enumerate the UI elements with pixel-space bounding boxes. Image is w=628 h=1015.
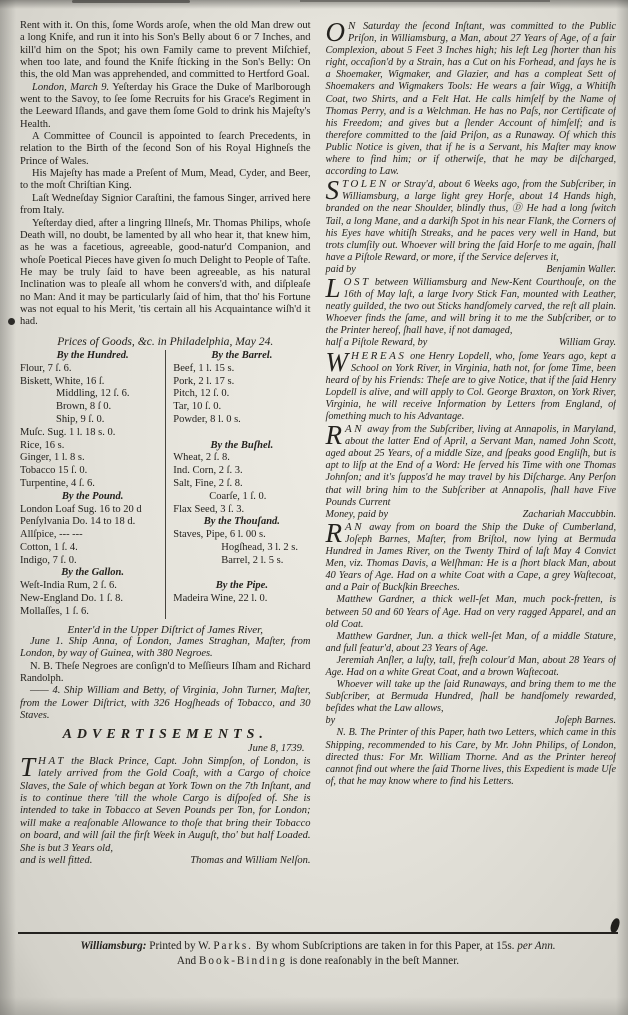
notice-text: N. B. The Printer of this Paper, hath tw… [326, 727, 617, 786]
price-text: Turpentine, 4 ſ. 6. [20, 478, 95, 489]
ship-entry-text: N. B. Theſe Negroes are conſign'd to Meſ… [20, 661, 311, 684]
price-text: By the Hundred. [57, 350, 129, 361]
news-text: Laſt Wedneſday Signior Caraſtini, the fa… [20, 193, 311, 216]
news-text: Yeſterday died, after a lingring Illneſs… [20, 218, 311, 328]
entered-heading: Enter'd in the Upper Diſtrict of James R… [20, 624, 311, 636]
ship-entries: June 1. Ship Anna, of London, James Stra… [20, 636, 311, 722]
ship-entry: —— 4. Ship William and Betty, of Virgini… [20, 685, 311, 722]
prices-heading: Prices of Goods, &c. in Philadelphia, Ma… [20, 336, 311, 348]
price-text: Tobacco 15 ſ. 0. [20, 465, 87, 476]
price-text: Biskett, White, 16 ſ. [20, 376, 104, 387]
drop-capital: T [20, 755, 38, 778]
price-text: Staves, Pipe, 6 l. 00 s. [173, 529, 265, 540]
news-paragraph: His Majeſty has made a Preſent of Mum, M… [20, 168, 311, 193]
price-text: By the Pound. [62, 491, 124, 502]
ship-entry-text: June 1. Ship Anna, of London, James Stra… [20, 636, 311, 659]
price-row: By the Gallon. [20, 567, 165, 580]
price-row: By the Barrel. [173, 350, 310, 363]
ship-entry-text: —— 4. Ship William and Betty, of Virgini… [20, 685, 311, 721]
notice-paragraph: RAN away from the Subſcriber, living at … [326, 423, 617, 521]
footer-rule [18, 932, 618, 934]
price-row: Biskett, White, 16 ſ. [20, 376, 165, 389]
price-row: Penſylvania Do. 14 to 18 d. [20, 516, 165, 529]
price-text: Hogſhead, 3 l. 2 s. [221, 542, 298, 553]
ink-dot [8, 318, 15, 325]
drop-capital: O [326, 20, 349, 43]
price-text: Wheat, 2 ſ. 8. [173, 452, 230, 463]
price-row: Allſpice, --- --- [20, 529, 165, 542]
signature-line: Money, paid byZachariah Maccubbin. [326, 509, 617, 521]
advertisement-paragraph: THAT the Black Prince, Capt. John Simpſo… [20, 755, 311, 867]
notice-text: Matthew Gardner, Jun. a thick well-ſet M… [326, 631, 617, 654]
notice-text: away from the Subſcriber, living at Anna… [326, 424, 617, 508]
price-text: London Loaf Sug. 16 to 20 d [20, 504, 142, 515]
price-row: Tar, 10 ſ. 0. [173, 401, 310, 414]
price-row: New-England Do. 1 ſ. 8. [20, 593, 165, 606]
notice-text: Jeremiah Anſler, a luſty, tall, freſh co… [326, 655, 617, 678]
ship-entry: N. B. Theſe Negroes are conſign'd to Meſ… [20, 661, 311, 686]
price-row: Ginger, 1 l. 8 s. [20, 452, 165, 465]
imprint-text: By whom Subſcriptions are taken in for t… [256, 940, 515, 952]
price-row: Brown, 8 ſ 0. [20, 401, 165, 414]
price-row: By the Thouſand. [173, 516, 310, 529]
notice-paragraph: STOLEN or Stray'd, about 6 Weeks ago, fr… [326, 178, 617, 276]
dateline: London, March 9. [32, 82, 109, 93]
price-text: Powder, 8 l. 0 s. [173, 414, 241, 425]
imprint-line-1: Williamsburg: Printed by W. Parks. By wh… [18, 939, 618, 954]
price-text: By the Gallon. [61, 567, 124, 578]
price-row: Beef, 1 l. 15 s. [173, 363, 310, 376]
advertisement-text: the Black Prince, Capt. John Simpſon, of… [20, 756, 311, 853]
price-row: Barrel, 2 l. 5 s. [173, 555, 310, 568]
prices-table: By the Hundred. Flour, 7 ſ. 6. Biskett, … [20, 350, 311, 619]
signature-name: Thomas and William Nelſon. [190, 855, 310, 867]
imprint-text: is done reaſonably in the beſt Manner. [290, 955, 459, 967]
news-paragraph: London, March 9. Yeſterday his Grace the… [20, 82, 311, 131]
left-column: Rent with it. On this, ſome Words aroſe,… [20, 20, 311, 932]
price-row: Ind. Corn, 2 ſ. 3. [173, 465, 310, 478]
price-row: Tobacco 15 ſ. 0. [20, 465, 165, 478]
price-row: By the Buſhel. [173, 440, 310, 453]
price-text: Rice, 16 s. [20, 440, 64, 451]
price-text: Penſylvania Do. 14 to 18 d. [20, 516, 135, 527]
price-row: Flour, 7 ſ. 6. [20, 363, 165, 376]
notice-text: Saturday the ſecond Inſtant, was committ… [326, 21, 617, 177]
advertisements-heading: ADVERTISEMENTS. [20, 729, 311, 741]
price-text: Ship, 9 ſ. 0. [56, 414, 104, 425]
price-text: Allſpice, --- --- [20, 529, 83, 540]
price-row: Coarſe, 1 ſ. 0. [173, 491, 310, 504]
price-text: By the Pipe. [216, 580, 268, 591]
price-row: Mollaſſes, 1 ſ. 6. [20, 606, 165, 619]
price-row: Pitch, 12 ſ. 0. [173, 388, 310, 401]
price-row: Ship, 9 ſ. 0. [20, 414, 165, 427]
price-text: Salt, Fine, 2 ſ. 8. [173, 478, 242, 489]
news-paragraph: A Committee of Council is appointed to ſ… [20, 131, 311, 168]
price-text: Indigo, 7 ſ. 0. [20, 555, 77, 566]
notices-section: ON Saturday the ſecond Inſtant, was comm… [326, 20, 617, 788]
signature-name: William Gray. [559, 337, 616, 349]
notice-text: away from on board the Ship the Duke of … [326, 522, 617, 593]
price-text: Flax Seed, 3 ſ. 3. [173, 504, 244, 515]
imprint-text: Printed by W. [149, 940, 210, 952]
price-text: Weſt-India Rum, 2 ſ. 6. [20, 580, 117, 591]
signature-left: by [326, 715, 336, 727]
signature-name: Benjamin Waller. [546, 264, 616, 276]
notice-text: Matthew Gardner, a thick well-ſet Man, m… [326, 594, 617, 629]
body-columns: Rent with it. On this, ſome Words aroſe,… [20, 20, 616, 932]
signature-line: byJoſeph Barnes. [326, 715, 617, 727]
price-text: Coarſe, 1 ſ. 0. [209, 491, 266, 502]
opener-word: AN [345, 521, 364, 533]
price-row: Powder, 8 l. 0 s. [173, 414, 310, 427]
news-paragraph: Yeſterday died, after a lingring Illneſs… [20, 218, 311, 329]
scan-artifact-top-left [72, 0, 190, 3]
price-row: By the Pound. [20, 491, 165, 504]
opener-word: HEREAS [351, 350, 406, 362]
prices-right-subcolumn: By the Barrel. Beef, 1 l. 15 s. Pork, 2 … [165, 350, 310, 619]
imprint: Williamsburg: Printed by W. Parks. By wh… [18, 939, 618, 968]
price-text: Brown, 8 ſ 0. [56, 401, 111, 412]
price-text: Ginger, 1 l. 8 s. [20, 452, 85, 463]
signature-line: paid byBenjamin Waller. [326, 264, 617, 276]
price-text: Madeira Wine, 22 l. 0. [173, 593, 267, 604]
imprint-per-ann: per Ann. [517, 940, 555, 952]
price-row: Middling, 12 ſ. 6. [20, 388, 165, 401]
news-text: Rent with it. On this, ſome Words aroſe,… [20, 20, 311, 80]
imprint-line-2: And Book-Binding is done reaſonably in t… [18, 954, 618, 969]
notice-paragraph: N. B. The Printer of this Paper, hath tw… [326, 727, 617, 787]
price-row: By the Pipe. [173, 580, 310, 593]
prices-left-subcolumn: By the Hundred. Flour, 7 ſ. 6. Biskett, … [20, 350, 165, 619]
price-text: Mollaſſes, 1 ſ. 6. [20, 606, 89, 617]
price-row: Pork, 2 l. 17 s. [173, 376, 310, 389]
price-row: By the Hundred. [20, 350, 165, 363]
signature-line: half a Piſtole Reward, byWilliam Gray. [326, 337, 617, 349]
price-text: Flour, 7 ſ. 6. [20, 363, 72, 374]
notice-paragraph: ON Saturday the ſecond Inſtant, was comm… [326, 20, 617, 178]
price-row [173, 427, 310, 440]
news-section: Rent with it. On this, ſome Words aroſe,… [20, 20, 311, 329]
price-text: Pitch, 12 ſ. 0. [173, 388, 229, 399]
price-text: Cotton, 1 ſ. 4. [20, 542, 78, 553]
news-text: A Committee of Council is appointed to ſ… [20, 131, 311, 167]
price-row: Madeira Wine, 22 l. 0. [173, 593, 310, 606]
news-paragraph: Laſt Wedneſday Signior Caraſtini, the fa… [20, 193, 311, 218]
drop-capital: L [326, 276, 344, 299]
notice-paragraph: Matthew Gardner, a thick well-ſet Man, m… [326, 594, 617, 630]
signature-left: and is well fitted. [20, 855, 92, 867]
price-text: By the Buſhel. [211, 440, 274, 451]
notice-paragraph: Jeremiah Anſler, a luſty, tall, freſh co… [326, 655, 617, 679]
drop-capital: R [326, 521, 346, 544]
signature-left: paid by [326, 264, 356, 276]
drop-capital: W [326, 350, 352, 373]
price-row: Rice, 16 s. [20, 440, 165, 453]
drop-capital: R [326, 423, 346, 446]
imprint-block: Williamsburg: Printed by W. Parks. By wh… [18, 932, 618, 968]
price-row: Weſt-India Rum, 2 ſ. 6. [20, 580, 165, 593]
price-row: Cotton, 1 ſ. 4. [20, 542, 165, 555]
opener-word: N [348, 20, 358, 32]
right-column: ON Saturday the ſecond Inſtant, was comm… [326, 20, 617, 932]
price-text: Pork, 2 l. 17 s. [173, 376, 234, 387]
news-text: His Majeſty has made a Preſent of Mum, M… [20, 168, 311, 191]
notice-text: or Stray'd, about 6 Weeks ago, from the … [326, 179, 617, 263]
price-text: Tar, 10 ſ. 0. [173, 401, 221, 412]
price-row: Muſc. Sug. 1 l. 18 s. 0. [20, 427, 165, 440]
price-text: Muſc. Sug. 1 l. 18 s. 0. [20, 427, 115, 438]
price-row [173, 567, 310, 580]
price-text: Barrel, 2 l. 5 s. [221, 555, 283, 566]
notice-text: Whoever will take up the ſaid Runaways, … [326, 679, 617, 714]
price-row: Indigo, 7 ſ. 0. [20, 555, 165, 568]
notice-paragraph: LOST between Williamsburg and New-Kent C… [326, 276, 617, 350]
price-text: By the Thouſand. [204, 516, 280, 527]
price-row: London Loaf Sug. 16 to 20 d [20, 504, 165, 517]
scan-artifact-top-right [300, 0, 550, 2]
price-row: Salt, Fine, 2 ſ. 8. [173, 478, 310, 491]
price-text: Beef, 1 l. 15 s. [173, 363, 234, 374]
notice-paragraph: Whoever will take up the ſaid Runaways, … [326, 679, 617, 727]
notice-paragraph: WHEREAS one Henry Lopdell, who, ſome Yea… [326, 350, 617, 424]
ship-entry: June 1. Ship Anna, of London, James Stra… [20, 636, 311, 661]
notice-paragraph: Matthew Gardner, Jun. a thick well-ſet M… [326, 631, 617, 655]
opener-word: OST [344, 276, 371, 288]
bookbinding-text: Book-Binding [199, 955, 287, 967]
signature-name: Joſeph Barnes. [555, 715, 616, 727]
price-row: Turpentine, 4 ſ. 6. [20, 478, 165, 491]
opener-word: TOLEN [342, 178, 389, 190]
price-text: New-England Do. 1 ſ. 8. [20, 593, 123, 604]
price-row: Hogſhead, 3 l. 2 s. [173, 542, 310, 555]
imprint-place: Williamsburg: [80, 940, 146, 952]
price-text: By the Barrel. [211, 350, 272, 361]
price-row: Flax Seed, 3 ſ. 3. [173, 504, 310, 517]
price-row: Wheat, 2 ſ. 8. [173, 452, 310, 465]
signature-line: and is well fitted.Thomas and William Ne… [20, 855, 311, 867]
opener-word: HAT [38, 755, 66, 767]
opener-word: AN [345, 423, 364, 435]
price-text: Middling, 12 ſ. 6. [56, 388, 130, 399]
news-paragraph: Rent with it. On this, ſome Words aroſe,… [20, 20, 311, 82]
notice-paragraph: RAN away from on board the Ship the Duke… [326, 521, 617, 595]
printer-name: Parks. [213, 940, 253, 952]
price-row: Staves, Pipe, 6 l. 00 s. [173, 529, 310, 542]
newspaper-page: Rent with it. On this, ſome Words aroſe,… [0, 0, 628, 1015]
imprint-text: And [177, 955, 196, 967]
drop-capital: S [326, 178, 343, 201]
advertisement-date: June 8, 1739. [20, 743, 305, 755]
signature-left: half a Piſtole Reward, by [326, 337, 428, 349]
signature-name: Zachariah Maccubbin. [523, 509, 616, 521]
signature-left: Money, paid by [326, 509, 389, 521]
price-text: Ind. Corn, 2 ſ. 3. [173, 465, 242, 476]
